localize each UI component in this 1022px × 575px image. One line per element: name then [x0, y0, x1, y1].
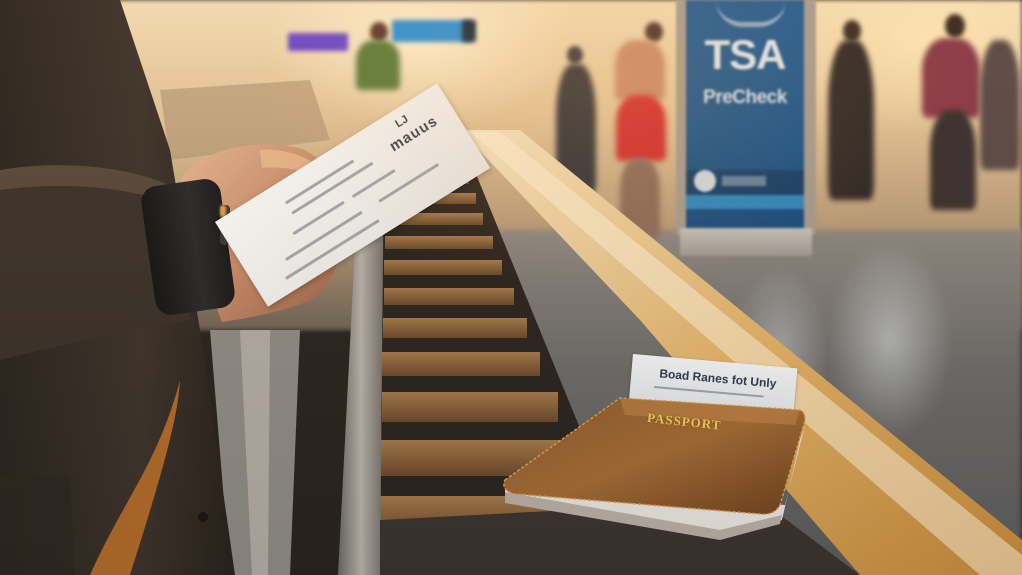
- passport: [0, 0, 1022, 575]
- airport-security-scene: TSA PreCheck: [0, 0, 1022, 575]
